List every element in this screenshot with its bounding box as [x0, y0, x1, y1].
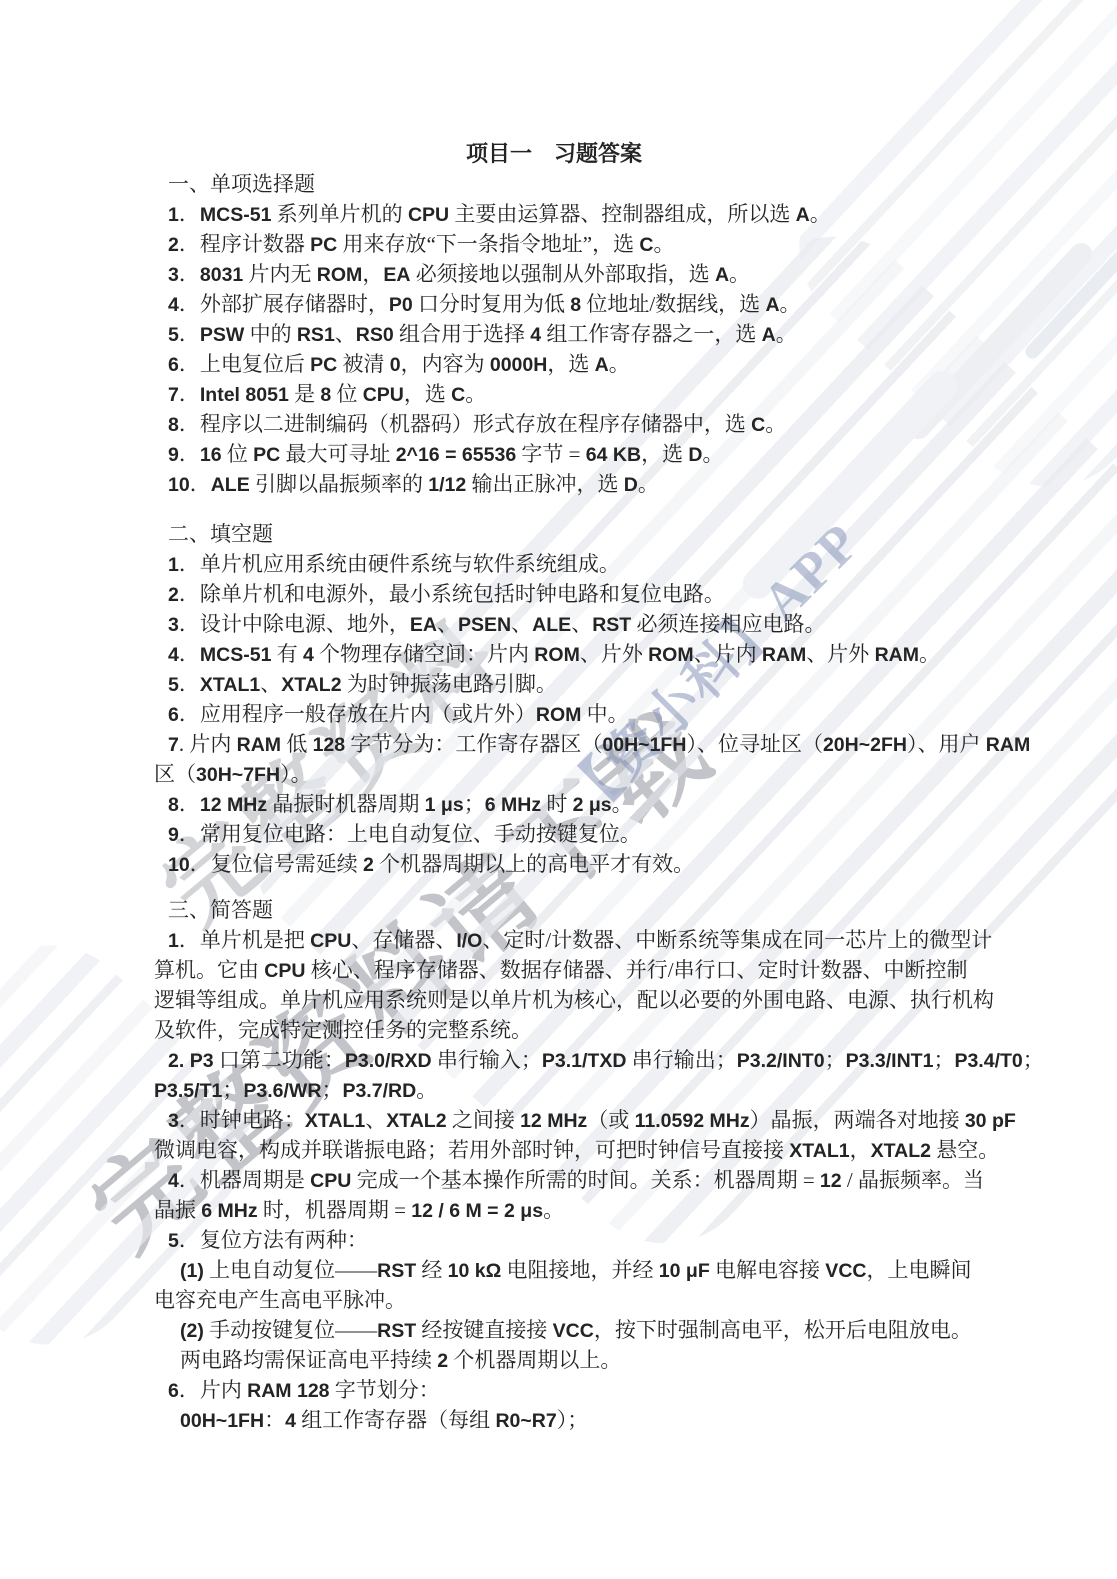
brush-stroke: [1023, 133, 1117, 362]
text-line: 5．复位方法有两种：: [154, 1225, 954, 1255]
sections-root: 一、单项选择题1．MCS-51 系列单片机的 CPU 主要由运算器、控制器组成，…: [154, 169, 954, 1435]
text-line: 晶振 6 MHz 时，机器周期 = 12 / 6 M = 2 μs。: [154, 1195, 954, 1225]
text-line: 逻辑等组成。单片机应用系统则是以单片机为核心，配以必要的外围电路、电源、执行机构: [154, 985, 954, 1015]
text-line: 电容充电产生高电平脉冲。: [154, 1285, 954, 1315]
text-line: 8．程序以二进制编码（机器码）形式存放在程序存储器中，选 C。: [154, 409, 954, 439]
text-line: 1．单片机应用系统由硬件系统与软件系统组成。: [154, 549, 954, 579]
page-title: 项目一 习题答案: [154, 138, 954, 169]
section-heading: 三、简答题: [154, 895, 954, 925]
text-line: 4．机器周期是 CPU 完成一个基本操作所需的时间。关系：机器周期 = 12 /…: [154, 1165, 954, 1195]
text-line: 及软件，完成特定测控任务的完整系统。: [154, 1015, 954, 1045]
text-line: 算机。它由 CPU 核心、程序存储器、数据存储器、并行/串行口、定时计数器、中断…: [154, 955, 954, 985]
text-line: 7．Intel 8051 是 8 位 CPU，选 C。: [154, 379, 954, 409]
text-line: 3．8031 片内无 ROM，EA 必须接地以强制从外部取指，选 A。: [154, 259, 954, 289]
text-line: 4．MCS-51 有 4 个物理存储空间：片内 ROM、片外 ROM、片内 RA…: [154, 639, 954, 669]
text-line: 00H~1FH：4 组工作寄存器（每组 R0~R7）；: [154, 1405, 954, 1435]
text-line: (2) 手动按键复位——RST 经按键直接接 VCC，按下时强制高电平，松开后电…: [154, 1315, 954, 1345]
text-line: 区（30H~7FH）。: [154, 759, 954, 789]
text-line: 两电路均需保证高电平持续 2 个机器周期以上。: [154, 1345, 954, 1375]
section: 三、简答题1．单片机是把 CPU、存储器、I/O、定时/计数器、中断系统等集成在…: [154, 895, 954, 1435]
text-line: 2．程序计数器 PC 用来存放“下一条指令地址”，选 C。: [154, 229, 954, 259]
text-line: 微调电容，构成并联谐振电路；若用外部时钟，可把时钟信号直接接 XTAL1，XTA…: [154, 1135, 954, 1165]
text-line: P3.5/T1；P3.6/WR；P3.7/RD。: [154, 1075, 954, 1105]
text-line: 3．时钟电路：XTAL1、XTAL2 之间接 12 MHz（或 11.0592 …: [154, 1105, 954, 1135]
section: 一、单项选择题1．MCS-51 系列单片机的 CPU 主要由运算器、控制器组成，…: [154, 169, 954, 499]
text-line: 5．XTAL1、XTAL2 为时钟振荡电路引脚。: [154, 669, 954, 699]
text-line: 4．外部扩展存储器时，P0 口分时复用为低 8 位地址/数据线，选 A。: [154, 289, 954, 319]
text-line: 5．PSW 中的 RS1、RS0 组合用于选择 4 组工作寄存器之一，选 A。: [154, 319, 954, 349]
text-line: (1) 上电自动复位——RST 经 10 kΩ 电阻接地，并经 10 μF 电解…: [154, 1255, 954, 1285]
text-line: 9．16 位 PC 最大可寻址 2^16 = 65536 字节 = 64 KB，…: [154, 439, 954, 469]
page-root: { "page": { "background": "#ffffff", "te…: [0, 0, 1117, 1579]
section-heading: 二、填空题: [154, 519, 954, 549]
text-line: 9．常用复位电路：上电自动复位、手动按键复位。: [154, 819, 954, 849]
text-line: 6．上电复位后 PC 被清 0，内容为 0000H，选 A。: [154, 349, 954, 379]
text-line: 3．设计中除电源、地外，EA、PSEN、ALE、RST 必须连接相应电路。: [154, 609, 954, 639]
section-heading: 一、单项选择题: [154, 169, 954, 199]
document-page: 项目一 习题答案 一、单项选择题1．MCS-51 系列单片机的 CPU 主要由运…: [154, 138, 954, 1435]
section: 二、填空题1．单片机应用系统由硬件系统与软件系统组成。2．除单片机和电源外，最小…: [154, 519, 954, 879]
text-line: 6．应用程序一般存放在片内（或片外）ROM 中。: [154, 699, 954, 729]
text-line: 2. P3 口第二功能：P3.0/RXD 串行输入；P3.1/TXD 串行输出；…: [154, 1045, 954, 1075]
text-line: 7. 片内 RAM 低 128 字节分为：工作寄存器区（00H~1FH）、位寻址…: [154, 729, 954, 759]
text-line: 10．复位信号需延续 2 个机器周期以上的高电平才有效。: [154, 849, 954, 879]
text-line: 6．片内 RAM 128 字节划分：: [154, 1375, 954, 1405]
text-line: 2．除单片机和电源外，最小系统包括时钟电路和复位电路。: [154, 579, 954, 609]
text-line: 1．单片机是把 CPU、存储器、I/O、定时/计数器、中断系统等集成在同一芯片上…: [154, 925, 954, 955]
text-line: 8．12 MHz 晶振时机器周期 1 μs；6 MHz 时 2 μs。: [154, 789, 954, 819]
text-line: 10．ALE 引脚以晶振频率的 1/12 输出正脉冲，选 D。: [154, 469, 954, 499]
text-line: 1．MCS-51 系列单片机的 CPU 主要由运算器、控制器组成，所以选 A。: [154, 199, 954, 229]
